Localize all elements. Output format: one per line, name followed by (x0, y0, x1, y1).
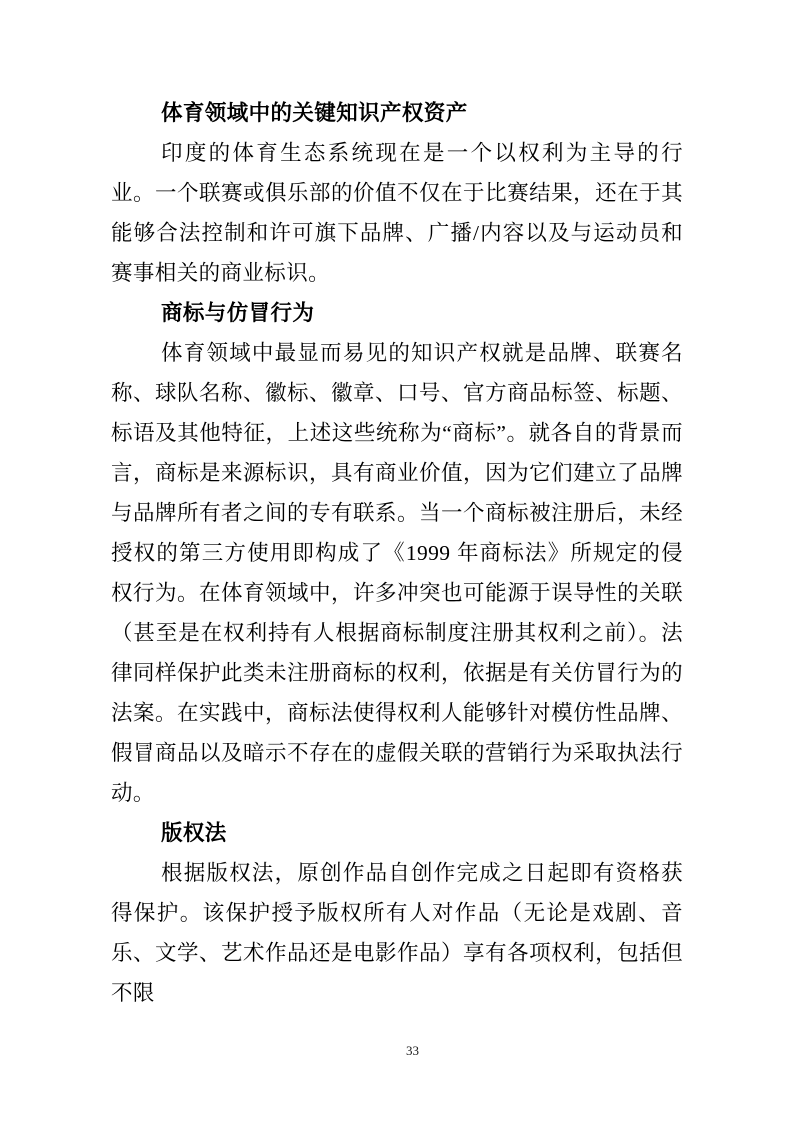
body-paragraph-trademark: 体育领域中最显而易见的知识产权就是品牌、联赛名称、球队名称、徽标、徽章、口号、官… (111, 333, 683, 813)
section-heading-copyright-law: 版权法 (111, 813, 683, 853)
page-content: 体育领域中的关键知识产权资产 印度的体育生态系统现在是一个以权利为主导的行业。一… (111, 93, 683, 1013)
section-heading-trademark-passing-off: 商标与仿冒行为 (111, 293, 683, 333)
document-page: 体育领域中的关键知识产权资产 印度的体育生态系统现在是一个以权利为主导的行业。一… (0, 0, 793, 1122)
page-number: 33 (406, 1043, 419, 1058)
page-footer: 33 (0, 1043, 793, 1059)
section-heading-key-ip-assets: 体育领域中的关键知识产权资产 (111, 93, 683, 133)
body-paragraph-copyright: 根据版权法，原创作品自创作完成之日起即有资格获得保护。该保护授予版权所有人对作品… (111, 853, 683, 1013)
body-paragraph-india-sports-ecosystem: 印度的体育生态系统现在是一个以权利为主导的行业。一个联赛或俱乐部的价值不仅在于比… (111, 133, 683, 293)
